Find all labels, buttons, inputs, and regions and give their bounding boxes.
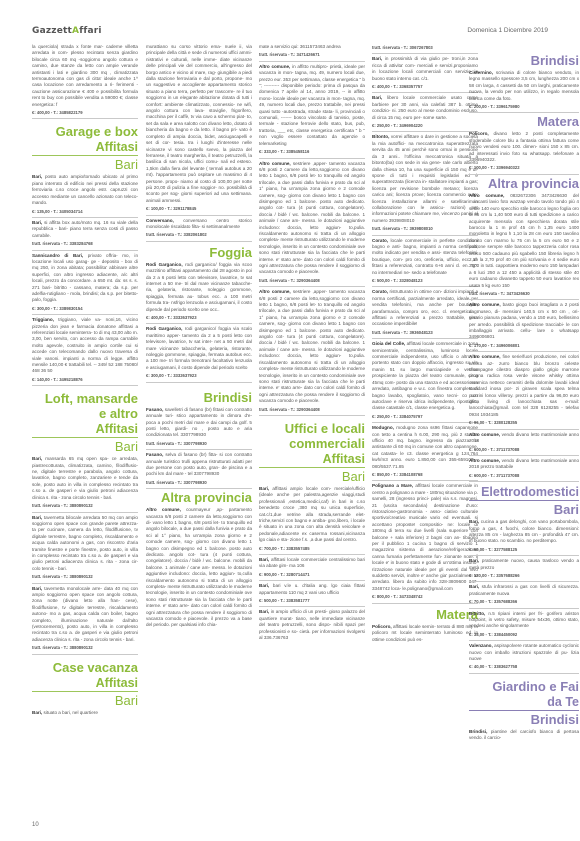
ad-price-phone: €: 120,00 - T.: 3357688266: [469, 572, 579, 582]
classified-ad: Policoro, divano letto 2 posti completam…: [469, 131, 579, 163]
ad-price-phone: €: 135,00 - T.: 3405034714: [32, 208, 138, 218]
classified-ad: Altro comune, vendo divano letto matrimo…: [469, 432, 579, 445]
section-city: Altra provincia: [469, 177, 579, 191]
ad-price-phone: €: 250,00 - T.: 3496904220: [372, 122, 478, 132]
issue-date: Domenica 1 Dicembre 2019: [467, 27, 548, 34]
ad-price-phone: €: 100,00 - T.: 3291178845: [146, 205, 252, 215]
section-title-cont: commerciali: [259, 437, 365, 451]
column-2: murattiano su corso vittorio ema- nuele …: [146, 44, 252, 630]
section-title: Giardino e Fai: [469, 680, 579, 694]
publication-logo: GazzettAffari: [32, 26, 102, 36]
section-city: Bari: [32, 158, 138, 172]
classified-ad: Polignano a Mare, affittasi locale comme…: [372, 483, 478, 592]
section-city: Brindisi: [469, 713, 579, 727]
classified-ad: Fasano, selva di fasano (br) fitta- si c…: [146, 452, 252, 478]
classified-ad: Fasano, savelletri di fasano (br) fittas…: [146, 407, 252, 439]
section-title-cont: da Te: [469, 695, 579, 711]
section-city: Brindisi: [469, 54, 579, 68]
ad-price-phone: €: 600,00 - T.: 3711737088: [469, 472, 579, 482]
classified-ad: Altro comune, courmayeur ,ap- partamento…: [146, 507, 252, 629]
classified-ad: Altro comune, fine serie/fuori produzion…: [469, 354, 579, 418]
section-city: Bari: [469, 503, 579, 517]
ad-price-phone: €: 200,00 - T.: 3396175980: [469, 103, 579, 113]
classified-ad: Triggiano, triggiano, viale va- noni,16,…: [32, 317, 138, 375]
column-3: mate a servizio qui: 3611573463 andrea t…: [259, 44, 365, 642]
ad-price-phone: €: 500,00 - T.: 3383581777: [259, 597, 365, 607]
ad-price-phone: €: 70,00 - T.: 3357688266: [469, 598, 579, 608]
ad-price-phone: €: 170,00 - T.: 3496006801: [469, 342, 579, 352]
classified-ad: Rodi Garganico, rodi garganico/ foggia v…: [146, 326, 252, 371]
section-city: Bari: [32, 694, 138, 708]
column-5: Brindisi Cisternino, scrivania di colore…: [469, 44, 579, 743]
page-header: GazzettAffari Domenica 1 Dicembre 2019: [32, 26, 548, 40]
ad-price-phone: €: 250,00 - T.: 3384075797: [372, 413, 478, 423]
classified-ad: murattiano su corso vittorio ema- nuele …: [146, 44, 252, 204]
classified-ad: Policoro, affittasi locale semin- terrat…: [372, 624, 478, 643]
classified-ad: Altro comune, in affitto multipro- priet…: [259, 64, 365, 147]
ad-price-phone: tratt. riservata - T.: 3307798930: [146, 440, 252, 450]
classified-ad: Altro comune, 0832672306 3473426630 del …: [469, 193, 579, 289]
classified-ad: Bari, tavernetta bilocale arredata 50 mq…: [32, 515, 138, 573]
classified-ad: Corato, locale commerciale in perfette c…: [372, 238, 478, 276]
classified-ad: Bari, praticamente nuovo, causa trasloco…: [469, 558, 579, 571]
classified-ad: Cisternino, scrivania di colore bianco v…: [469, 70, 579, 102]
classified-ad: Bari, bari v.le u. d'italia ang. lgo cia…: [259, 583, 365, 596]
classified-ad: Brindisi, piantine del carciofo bianco d…: [469, 729, 579, 742]
classified-ad: Altro comune, basto giogo buoi intagliat…: [469, 302, 579, 340]
ad-price-phone: tratt. riservata - T.: 3067267803: [372, 44, 478, 54]
section-city: Matera: [372, 608, 478, 622]
classified-ad: Bari, affittasi locale commerciale centr…: [259, 557, 365, 570]
classified-ad: Bari, cucina a gas delonghi, con vano po…: [469, 519, 579, 545]
section-subtitle: Affitasi: [259, 452, 365, 468]
section-title: Loft, mansarde: [32, 392, 138, 406]
column-1: la querciola) strada x fonte mar- cademe…: [32, 44, 138, 717]
classified-ad: Bari, in prossimità di via giulio pe- tr…: [372, 56, 478, 82]
classified-ad: Altro comune, vendo divano letto matrimo…: [469, 458, 579, 471]
ad-price-phone: tratt. riservata - T.: 3290364408: [259, 277, 365, 287]
section-city: Bari: [32, 440, 138, 454]
ad-price-phone: tratt. riservata - T.: 3471426671: [259, 51, 365, 61]
ad-price-phone: €: 38,00 - T.: 3384450092: [469, 631, 579, 641]
section-city: Bari: [259, 470, 365, 484]
section-title: Garage e box: [32, 125, 138, 139]
section-city: Foggia: [146, 246, 252, 260]
section-city: Altra provincia: [146, 491, 252, 505]
classified-ad: la querciola) strada x fonte mar- cademe…: [32, 44, 138, 108]
classified-ad: Bari, in ampio ufficio di un presti- gio…: [259, 609, 365, 641]
ad-price-phone: €: 400,00 - T.: 3332637923: [146, 314, 252, 324]
section-title-cont: e altro: [32, 407, 138, 421]
ad-price-phone: €: 300,00 - T.: 3389830154: [32, 305, 138, 315]
section-subtitle: Affitasi: [32, 676, 138, 692]
classified-ad: Bari, si affitta box auto/moto mq. 16 su…: [32, 220, 138, 239]
classified-ad: Sannicandro di Bari, privato offria- mo,…: [32, 253, 138, 304]
ad-price-phone: tratt. riservata - T.: 3307798930: [146, 479, 252, 489]
column-4: tratt. riservata - T.: 3067267803 Bari, …: [372, 44, 478, 644]
classified-ad: Bari, tavernetta monolocale arre- data 4…: [32, 586, 138, 644]
classified-ad: Valenzano, aspirapolvere rotante automat…: [469, 643, 579, 662]
classified-ad: Modugno, modugno zona ss96 fittasi capan…: [372, 425, 478, 470]
section-city: Brindisi: [146, 391, 252, 405]
ad-price-phone: €: 60,00 - T.: 3277588125: [469, 546, 579, 556]
section-subtitle: Affitasi: [32, 140, 138, 156]
ad-price-phone: €: 850,00 - T.: 3384108768: [372, 471, 478, 481]
classified-ad: Bari, posto auto ampio/tornado ubicato a…: [32, 174, 138, 206]
ad-price-phone: tratt. riservata - T.: 3290364408: [259, 406, 365, 416]
ad-price-phone: €: 400,00 - T.: 3368357757: [372, 83, 478, 93]
classified-ad: Bitritto, n.5 ripiani interni per fri- g…: [469, 611, 579, 630]
classified-ad: Bari, libero locale commerciale usato co…: [372, 95, 478, 121]
classified-ad: Bari, affittasi ampio locale com- mercia…: [259, 486, 365, 544]
ad-price-phone: tratt. riservata - T.: 3880890132: [32, 573, 138, 583]
classified-ad: Bari, stufa infrarossi a gas con livelli…: [469, 584, 579, 597]
section-city: Matera: [469, 115, 579, 129]
classified-ad: Altro comune, sestriere ,apper- tamento …: [259, 289, 365, 404]
classified-ad: Gioia del Colle, affittasi locale commer…: [372, 341, 478, 411]
ad-price-phone: €: 300,00 - T.: 3332637923: [146, 372, 252, 382]
classified-ad: Bari, situato a bari, nel quartiere: [32, 710, 138, 716]
ad-price-phone: tratt. riservata - T.: 3383284768: [32, 240, 138, 250]
ad-price-phone: tratt. riservata - T.: 3936048123: [372, 329, 478, 339]
classified-ad: Rodi Garganico, rodi garganico/ foggia v…: [146, 262, 252, 313]
classified-ad: Conversano, conversano centro storico mo…: [146, 218, 252, 231]
page-number: 10: [32, 822, 39, 828]
section-title: Case vacanza: [32, 661, 138, 675]
classified-ad: mate a servizio qui: 3611573463 andrea: [259, 44, 365, 50]
ad-price-phone: €: 140,00 - T.: 3495218876: [32, 376, 138, 386]
classified-ad: Bari, mansarda 65 mq open spa- ce arreda…: [32, 456, 138, 501]
classified-ad: Corato, ristrutturato in ottime con- diz…: [372, 289, 478, 327]
ad-price-phone: tratt. riservata - T.: 3880890132: [32, 644, 138, 654]
ad-price-phone: €: 40,00 - T.: 3383627758: [469, 663, 579, 673]
ad-price-phone: €: 800,00 - T.: 3473348742: [372, 593, 478, 603]
ad-price-phone: €: 500,00 - T.: 3328048123: [372, 277, 478, 287]
ad-price-phone: €: 96,00 - T.: 3280128255: [469, 419, 579, 429]
ad-price-phone: tratt. riservata - T.: 3939808010: [372, 225, 478, 235]
classified-ad: Bitonto, vorrei affittare o dare in gest…: [372, 134, 478, 224]
classified-ad: Altro comune, sestriere ,apper- tamento …: [259, 161, 365, 276]
section-subtitle: Affitasi: [32, 422, 138, 438]
ad-price-phone: €: 333,00 - T.: 3385458116: [259, 148, 365, 158]
ad-price-phone: €: 100,00 - T.: 3396940322: [469, 164, 579, 174]
ad-price-phone: tratt. riservata - T.: 3382061802: [146, 231, 252, 241]
section-title: Uffici e locali: [259, 422, 365, 436]
ad-price-phone: tratt. riservata - T.: 3473426630: [469, 290, 579, 300]
ad-price-phone: €: 400,00 - T.: 3485822179: [32, 109, 138, 119]
section-subtitle: Elettrodomestici: [469, 485, 579, 501]
ad-price-phone: €: 600,00 - T.: 3711737088: [469, 446, 579, 456]
ad-price-phone: €: 900,00 - T.: 3280714471: [259, 571, 365, 581]
ad-price-phone: tratt. riservata - T.: 3880890132: [32, 502, 138, 512]
ad-price-phone: €: 700,00 - T.: 3383557485: [259, 545, 365, 555]
